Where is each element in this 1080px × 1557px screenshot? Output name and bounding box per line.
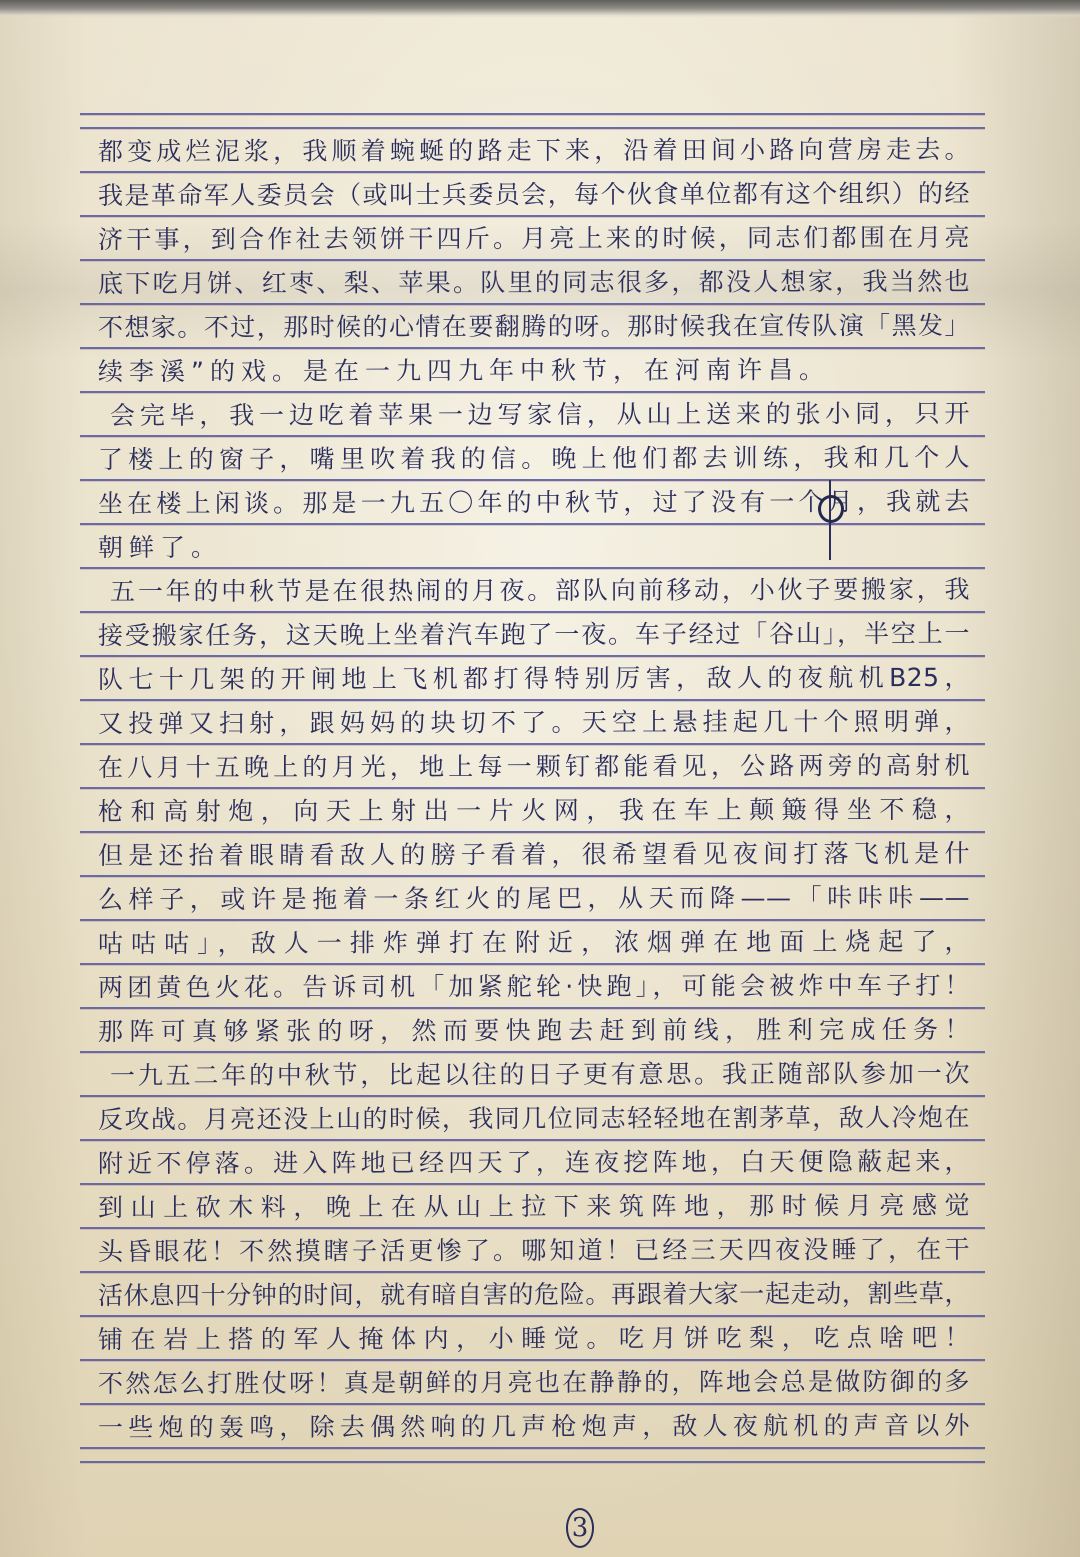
text-line: 到山上砍木料，晚上在从山上拉下来筑阵地，那时候月亮感觉 <box>98 1184 970 1230</box>
paragraph-start-line: 一九五二年的中秋节，比起以往的日子更有意思。我正随部队参加一次 <box>110 1052 970 1098</box>
text-line: 续李溪”的戏。是在一九四九年中秋节，在河南许昌。 <box>98 348 970 394</box>
text-line: 了楼上的窗子，嘴里吹着我的信。晚上他们都去训练，我和几个人 <box>98 436 970 482</box>
text-line: 济干事，到合作社去领饼干四斤。月亮上来的时候，同志们都围在月亮 <box>98 216 970 262</box>
text-line: 队七十几架的开闸地上飞机都打得特别厉害，敌人的夜航机B25， <box>98 656 970 702</box>
text-line: 那阵可真够紧张的呀，然而要快跑去赶到前线，胜利完成任务！ <box>98 1008 970 1054</box>
page-number: 3 <box>566 1508 594 1548</box>
text-line: 朝鲜了。 <box>98 524 970 570</box>
top-double-rule <box>80 113 985 115</box>
paragraph-start-line: 五一年的中秋节是在很热闹的月夜。部队向前移动，小伙子要搬家，我 <box>110 568 970 614</box>
text-line: 但是还抬着眼睛看敌人的膀子看着，很希望看见夜间打落飞机是什 <box>98 832 970 878</box>
text-line: 头昏眼花！不然摸瞎子活更惨了。哪知道！已经三天四夜没睡了，在干 <box>98 1228 970 1274</box>
text-line: 么样子，或许是拖着一条红火的尾巴，从天而降——「咔咔咔—— <box>98 876 970 922</box>
text-line: 接受搬家任务，这天晚上坐着汽车跑了一夜。车子经过「谷山」，半空上一 <box>98 612 970 658</box>
text-line: 又投弹又扫射，跟妈妈的块切不了。天空上悬挂起几十个照明弹， <box>98 700 970 746</box>
text-line: 都变成烂泥浆，我顺着蜿蜒的路走下来，沿着田间小路向营房走去。 <box>98 128 970 174</box>
text-line: 反攻战。月亮还没上山的时候，我同几位同志轻轻地在割茅草，敌人冷炮在 <box>98 1096 970 1142</box>
circled-ink-mark <box>818 495 844 523</box>
text-line: 我是革命军人委员会（或叫士兵委员会，每个伙食单位都有这个组织）的经 <box>98 172 970 218</box>
text-line: 一些炮的轰鸣，除去偶然响的几声枪炮声，敌人夜航机的声音以外 <box>98 1404 970 1450</box>
text-line: 活休息四十分钟的时间，就有暗自害的危险。再跟着大家一起走动，割些草， <box>98 1272 970 1318</box>
text-line: 在八月十五晚上的月光，地上每一颗钉都能看见，公路两旁的高射机 <box>98 744 970 790</box>
text-line: 枪和高射炮，向天上射出一片火网，我在车上颠簸得坐不稳， <box>98 788 970 834</box>
paragraph-start-line: 会完毕，我一边吃着苹果一边写家信，从山上送来的张小同，只开 <box>110 392 970 438</box>
text-line: 不然怎么打胜仗呀！真是朝鲜的月亮也在静静的，阵地会总是做防御的多 <box>98 1360 970 1406</box>
paper-top-edge <box>0 0 1080 18</box>
text-line: 铺在岩上搭的军人掩体内，小睡觉。吃月饼吃梨，吃点啥吧！ <box>98 1316 970 1362</box>
text-line: 附近不停落。进入阵地已经四天了，连夜挖阵地，白天便隐蔽起来， <box>98 1140 970 1186</box>
text-line: 底下吃月饼、红枣、梨、苹果。队里的同志很多，都没人想家，我当然也 <box>98 260 970 306</box>
bottom-double-rule <box>80 1461 985 1463</box>
text-line: 两团黄色火花。告诉司机「加紧舵轮·快跑」，可能会被炸中车子打！ <box>98 964 970 1010</box>
text-line: 不想家。不过，那时候的心情在要翻腾的呀。那时候我在宣传队演「黑发」 <box>98 304 970 350</box>
text-line: 咕咕咕」，敌人一排炸弹打在附近，浓烟弹在地面上烧起了， <box>98 920 970 966</box>
